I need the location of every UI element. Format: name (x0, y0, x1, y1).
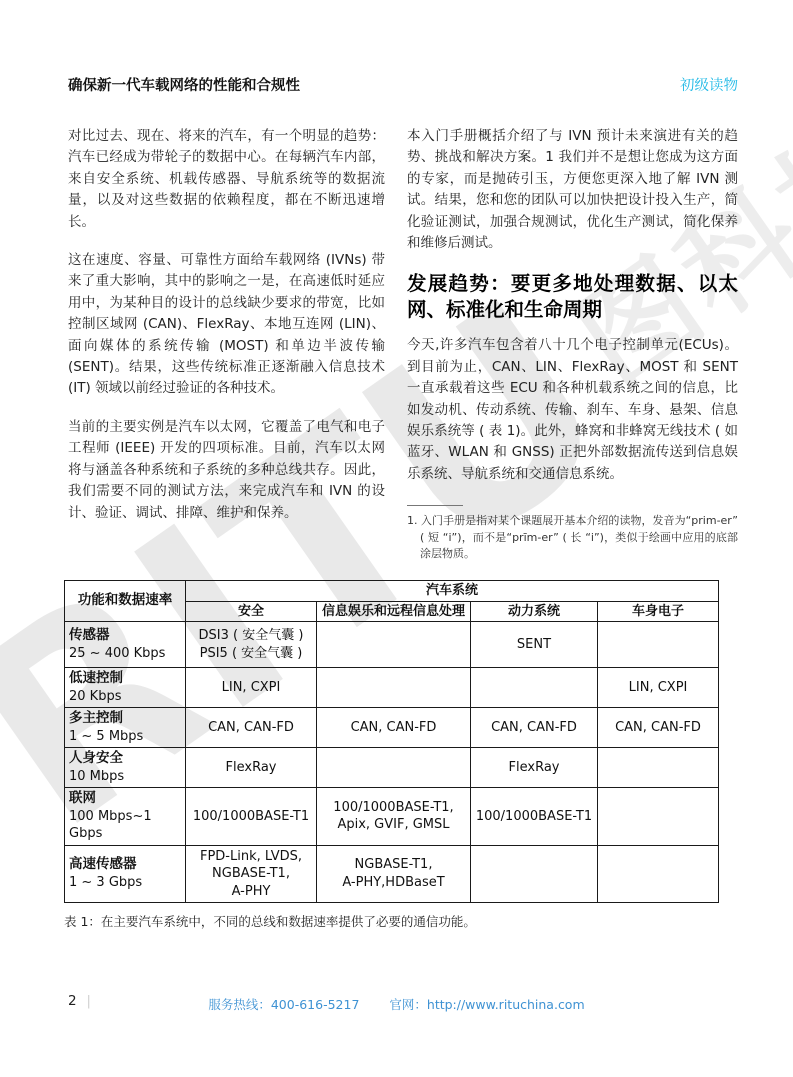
table-cell: CAN, CAN-FD (186, 708, 317, 748)
row-function: 联网 (69, 790, 181, 808)
right-column: 本入门手册概括介绍了与 IVN 预计未来演进有关的趋势、挑战和解决方案。1 我们… (407, 126, 738, 563)
footnote-rule (407, 505, 463, 506)
table-cell: FPD-Link, LVDS, NGBASE-T1, A-PHY (186, 845, 317, 903)
table-cell: CAN, CAN-FD (598, 708, 719, 748)
table-caption: 表 1：在主要汽车系统中，不同的总线和数据速率提供了必要的通信功能。 (64, 912, 718, 930)
table-row: 多主控制 1 ~ 5 Mbps CAN, CAN-FD CAN, CAN-FD … (65, 708, 719, 748)
body-columns: 对比过去、现在、将来的汽车，有一个明显的趋势：汽车已经成为带轮子的数据中心。在每… (68, 126, 738, 563)
table-cell (598, 622, 719, 668)
paragraph: 这在速度、容量、可靠性方面给车载网络 (IVNs) 带来了重大影响，其中的影响之… (68, 250, 385, 400)
table-cell (317, 622, 471, 668)
left-column: 对比过去、现在、将来的汽车，有一个明显的趋势：汽车已经成为带轮子的数据中心。在每… (68, 126, 385, 563)
table-cell: LIN, CXPI (598, 668, 719, 708)
table-row: 低速控制 20 Kbps LIN, CXPI LIN, CXPI (65, 668, 719, 708)
page-header: 确保新一代车载网络的性能和合规性 初级读物 (68, 74, 738, 95)
table-cell (471, 845, 598, 903)
document-page: RITU 图科技 确保新一代车载网络的性能和合规性 初级读物 对比过去、现在、将… (0, 0, 793, 1077)
row-function: 多主控制 (69, 710, 181, 728)
column-header: 动力系统 (471, 601, 598, 622)
row-rate: 20 Kbps (69, 688, 181, 706)
column-header: 车身电子 (598, 601, 719, 622)
table-cell (598, 845, 719, 903)
table-cell: NGBASE-T1, A-PHY,HDBaseT (317, 845, 471, 903)
paragraph: 当前的主要实例是汽车以太网，它覆盖了电气和电子工程师 (IEEE) 开发的四项标… (68, 417, 385, 524)
document-type-badge: 初级读物 (680, 74, 738, 95)
table-cell: CAN, CAN-FD (471, 708, 598, 748)
table-cell (598, 788, 719, 846)
table-cell: DSI3 ( 安全气囊 ) PSI5 ( 安全气囊 ) (186, 622, 317, 668)
group-header: 汽车系统 (186, 581, 719, 602)
table-cell (317, 668, 471, 708)
website-link[interactable]: 官网：http://www.rituchina.com (389, 997, 584, 1012)
column-header: 信息娱乐和远程信息处理 (317, 601, 471, 622)
table-row: 人身安全 10 Mbps FlexRay FlexRay (65, 748, 719, 788)
table-cell: 100/1000BASE-T1 (186, 788, 317, 846)
row-rate: 10 Mbps (69, 768, 181, 786)
paragraph: 今天,许多汽车包含着八十几个电子控制单元(ECUs)。到目前为止，CAN、LIN… (407, 335, 738, 485)
paragraph: 对比过去、现在、将来的汽车，有一个明显的趋势：汽车已经成为带轮子的数据中心。在每… (68, 126, 385, 233)
paragraph: 本入门手册概括介绍了与 IVN 预计未来演进有关的趋势、挑战和解决方案。1 我们… (407, 126, 738, 254)
footer-contact: 服务热线：400-616-5217 官网：http://www.rituchin… (0, 995, 793, 1013)
table-cell: 100/1000BASE-T1 (471, 788, 598, 846)
footnote-text: 1. 入门手册是指对某个课题展开基本介绍的读物，发音为“prim-er”( 短 … (407, 513, 738, 563)
table-cell (598, 748, 719, 788)
footnote: 1. 入门手册是指对某个课题展开基本介绍的读物，发音为“prim-er”( 短 … (407, 505, 738, 563)
table-cell: 100/1000BASE-T1, Apix, GVIF, GMSL (317, 788, 471, 846)
row-function: 人身安全 (69, 750, 181, 768)
table-row: 高速传感器 1 ~ 3 Gbps FPD-Link, LVDS, NGBASE-… (65, 845, 719, 903)
table-cell: SENT (471, 622, 598, 668)
service-hotline: 服务热线：400-616-5217 (208, 997, 359, 1012)
bus-table-section: 功能和数据速率 汽车系统 安全 信息娱乐和远程信息处理 动力系统 车身电子 传感… (64, 580, 718, 930)
automotive-bus-table: 功能和数据速率 汽车系统 安全 信息娱乐和远程信息处理 动力系统 车身电子 传感… (64, 580, 719, 903)
row-function: 高速传感器 (69, 856, 181, 874)
corner-header: 功能和数据速率 (65, 581, 186, 622)
section-heading: 发展趋势：要更多地处理数据、以太网、标准化和生命周期 (407, 271, 738, 323)
row-function: 传感器 (69, 627, 181, 645)
table-row: 传感器 25 ~ 400 Kbps DSI3 ( 安全气囊 ) PSI5 ( 安… (65, 622, 719, 668)
row-rate: 1 ~ 3 Gbps (69, 874, 181, 892)
table-header-row-group: 功能和数据速率 汽车系统 (65, 581, 719, 602)
row-rate: 25 ~ 400 Kbps (69, 645, 181, 663)
document-title: 确保新一代车载网络的性能和合规性 (68, 74, 300, 95)
table-cell (471, 668, 598, 708)
row-function: 低速控制 (69, 670, 181, 688)
table-cell: CAN, CAN-FD (317, 708, 471, 748)
table-cell: FlexRay (186, 748, 317, 788)
table-cell: FlexRay (471, 748, 598, 788)
row-rate: 1 ~ 5 Mbps (69, 728, 181, 746)
table-cell (317, 748, 471, 788)
table-cell: LIN, CXPI (186, 668, 317, 708)
column-header: 安全 (186, 601, 317, 622)
row-rate: 100 Mbps~1 Gbps (69, 808, 181, 843)
table-row: 联网 100 Mbps~1 Gbps 100/1000BASE-T1 100/1… (65, 788, 719, 846)
